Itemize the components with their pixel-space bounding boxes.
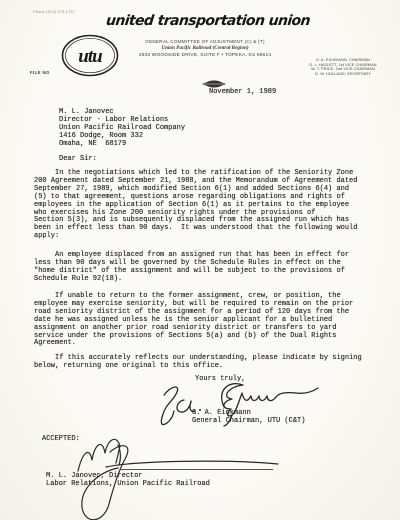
committee-line: GENERAL COMMITTEE OF ADJUSTMENT (C) & (T… — [113, 39, 297, 44]
body-paragraph-4: If this accurately reflects our understa… — [34, 355, 374, 371]
letter-page: Phone (913) 273-1737 utu united transpor… — [0, 0, 400, 520]
body-paragraph-1: In the negotiations which led to the rat… — [34, 170, 374, 241]
org-name: united transportation union — [100, 13, 316, 29]
officers-list: G. A. EICKMANN, CHAIRMAN D. L. HAZLETT, … — [291, 58, 395, 77]
region-line: Union Pacific Railroad (Central Region) — [113, 45, 297, 51]
signer-title: General Chairman, UTU (C&T) — [192, 418, 305, 426]
file-no-label: FILE NO — [30, 70, 50, 75]
acceptance-org-line: Labor Relations, Union Pacific Railroad — [46, 481, 210, 489]
utu-logo-icon: utu — [61, 34, 119, 77]
salutation: Dear Sir: — [59, 156, 97, 164]
body-paragraph-3: If unable to return to the former assign… — [34, 293, 374, 348]
letterhead-phone: Phone (913) 273-1737 — [33, 10, 75, 14]
date: November 1, 1989 — [209, 89, 276, 97]
svg-text:utu: utu — [78, 46, 102, 67]
office-address-line: 2933 WOODSIDE DRIVE, SUITE F • TOPEKA, K… — [113, 53, 297, 58]
union-bug-ornament-icon — [201, 80, 227, 88]
recipient-address: M. L. Janovec Director - Labor Relations… — [59, 109, 185, 149]
acceptance-signature-line — [120, 469, 273, 470]
body-paragraph-2: An employee displaced from an assigned r… — [34, 252, 374, 284]
